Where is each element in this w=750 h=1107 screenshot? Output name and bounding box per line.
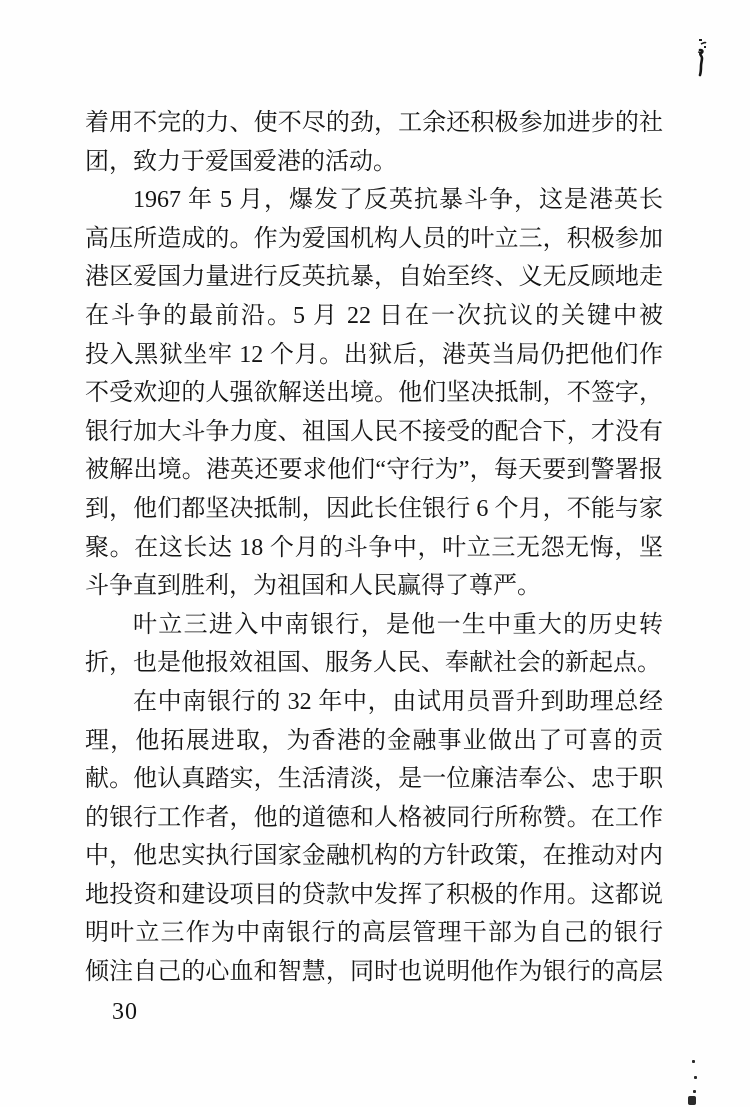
text-line: 聚。在这长达 18 个月的斗争中，叶立三无怨无悔，坚持 — [85, 529, 663, 568]
text-line: 在中南银行的 32 年中，由试用员晋升到助理总经 — [85, 683, 663, 722]
text-line: 倾注自己的心血和智慧，同时也说明他作为银行的高层 — [85, 953, 663, 992]
text-line: 理，他拓展进取，为香港的金融事业做出了可喜的贡 — [85, 722, 663, 761]
ink-smudge-icon — [688, 34, 718, 78]
text-line: 港区爱国力量进行反英抗暴，自始至终、义无反顾地走 — [85, 258, 663, 297]
body-text: 着用不完的力、使不尽的劲，工余还积极参加进步的社团，致力于爱国爱港的活动。196… — [85, 104, 663, 992]
text-line: 中，他忠实执行国家金融机构的方针政策，在推动对内 — [85, 837, 663, 876]
book-page: 着用不完的力、使不尽的劲，工余还积极参加进步的社团，致力于爱国爱港的活动。196… — [0, 0, 750, 1107]
text-line: 明叶立三作为中南银行的高层管理干部为自己的银行 — [85, 914, 663, 953]
ink-speck — [694, 1076, 697, 1079]
text-line: 到，他们都坚决抵制，因此长住银行 6 个月，不能与家团 — [85, 490, 663, 529]
ink-speck — [693, 1090, 696, 1093]
text-line: 着用不完的力、使不尽的劲，工余还积极参加进步的社 — [85, 104, 663, 143]
text-line: 的银行工作者，他的道德和人格被同行所称赞。在工作 — [85, 799, 663, 838]
ink-speck — [692, 1060, 695, 1063]
page-number: 30 — [112, 996, 138, 1028]
text-line: 被解出境。港英还要求他们“守行为”，每天要到警署报 — [85, 451, 663, 490]
text-line: 献。他认真踏实，生活清淡，是一位廉洁奉公、忠于职守 — [85, 760, 663, 799]
text-line: 叶立三进入中南银行，是他一生中重大的历史转 — [85, 606, 663, 645]
text-line: 折，也是他报效祖国、服务人民、奉献社会的新起点。 — [85, 644, 663, 683]
ink-speck — [688, 1096, 696, 1105]
text-line: 斗争直到胜利，为祖国和人民赢得了尊严。 — [85, 567, 663, 606]
text-line: 高压所造成的。作为爱国机构人员的叶立三，积极参加 — [85, 220, 663, 259]
text-line: 地投资和建设项目的贷款中发挥了积极的作用。这都说 — [85, 876, 663, 915]
text-line: 在斗争的最前沿。5 月 22 日在一次抗议的关键中被捕， — [85, 297, 663, 336]
text-line: 银行加大斗争力度、祖国人民不接受的配合下，才没有 — [85, 413, 663, 452]
text-line: 投入黑狱坐牢 12 个月。出狱后，港英当局仍把他们作为 — [85, 336, 663, 375]
text-line: 1967 年 5 月，爆发了反英抗暴斗争，这是港英长期 — [85, 181, 663, 220]
text-line: 不受欢迎的人强欲解送出境。他们坚决抵制，不签字，在 — [85, 374, 663, 413]
text-line: 团，致力于爱国爱港的活动。 — [85, 143, 663, 182]
